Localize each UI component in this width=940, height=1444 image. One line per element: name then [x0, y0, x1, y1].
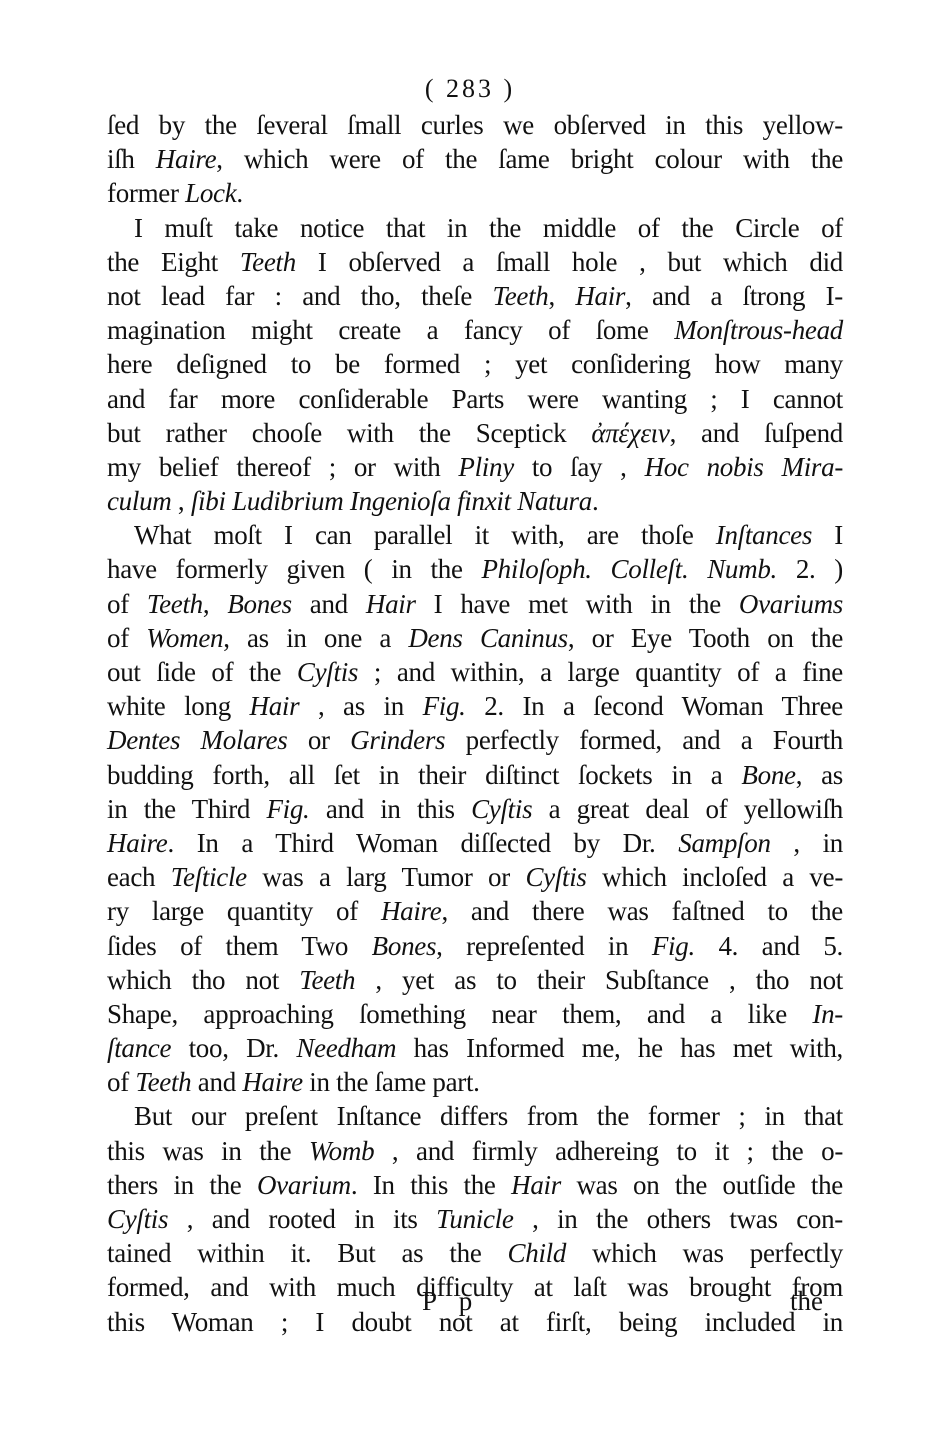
page-body: ſed by the ſeveral ſmall curles we obſer…	[107, 108, 843, 1339]
paragraph: ſed by the ſeveral ſmall curles we obſer…	[107, 108, 843, 211]
text-line: iſh Haire, which were of the ſame bright…	[107, 142, 843, 176]
text-line: culum , ſibi Ludibrium Ingenioſa finxit …	[107, 484, 843, 518]
text-line: here deſigned to be formed ; yet conſide…	[107, 347, 843, 381]
text-line: of Teeth and Haire in the ſame part.	[107, 1065, 843, 1099]
text-line: thers in the Ovarium. In this the Hair w…	[107, 1168, 843, 1202]
text-line: budding forth, all ſet in their diſtinct…	[107, 758, 843, 792]
text-line: ſides of them Two Bones, repreſented in …	[107, 929, 843, 963]
text-line: former Lock.	[107, 176, 843, 210]
text-line: and far more conſiderable Parts were wan…	[107, 382, 843, 416]
paragraph-container: ſed by the ſeveral ſmall curles we obſer…	[107, 108, 843, 1339]
text-line: this was in the Womb , and firmly adhere…	[107, 1134, 843, 1168]
page-number: ( 283 )	[0, 74, 940, 104]
text-line: ſed by the ſeveral ſmall curles we obſer…	[107, 108, 843, 142]
text-line: What moſt I can parallel it with, are th…	[107, 518, 843, 552]
text-line: of Teeth, Bones and Hair I have met with…	[107, 587, 843, 621]
catchword: the	[790, 1284, 823, 1318]
text-line: Shape, approaching ſomething near them, …	[107, 997, 843, 1031]
paragraph: I muſt take notice that in the middle of…	[107, 211, 843, 519]
text-line: out ſide of the Cyſtis ; and within, a l…	[107, 655, 843, 689]
text-line: Dentes Molares or Grinders perfectly for…	[107, 723, 843, 757]
text-line: my belief thereof ; or with Pliny to ſay…	[107, 450, 843, 484]
text-line: magination might create a fancy of ſome …	[107, 313, 843, 347]
page-footer: P p the	[107, 1284, 843, 1318]
text-line: tained within it. But as the Child which…	[107, 1236, 843, 1270]
text-line: not lead far : and tho, theſe Teeth, Hai…	[107, 279, 843, 313]
text-line: ry large quantity of Haire, and there wa…	[107, 894, 843, 928]
signature-mark: P p	[422, 1284, 480, 1318]
text-line: but rather chooſe with the Sceptick ἀπέχ…	[107, 416, 843, 450]
text-line: ſtance too, Dr. Needham has Informed me,…	[107, 1031, 843, 1065]
text-line: have formerly given ( in the Philoſoph. …	[107, 552, 843, 586]
text-line: Cyſtis , and rooted in its Tunicle , in …	[107, 1202, 843, 1236]
text-line: of Women, as in one a Dens Caninus, or E…	[107, 621, 843, 655]
text-line: white long Hair , as in Fig. 2. In a ſec…	[107, 689, 843, 723]
text-line: the Eight Teeth I obſerved a ſmall hole …	[107, 245, 843, 279]
text-line: which tho not Teeth , yet as to their Su…	[107, 963, 843, 997]
text-line: in the Third Fig. and in this Cyſtis a g…	[107, 792, 843, 826]
text-line: each Teſticle was a larg Tumor or Cyſtis…	[107, 860, 843, 894]
paragraph: What moſt I can parallel it with, are th…	[107, 518, 843, 1099]
text-line: Haire. In a Third Woman diſſected by Dr.…	[107, 826, 843, 860]
text-line: I muſt take notice that in the middle of…	[107, 211, 843, 245]
book-page: ( 283 ) ſed by the ſeveral ſmall curles …	[0, 0, 940, 1444]
text-line: But our preſent Inſtance differs from th…	[107, 1099, 843, 1133]
